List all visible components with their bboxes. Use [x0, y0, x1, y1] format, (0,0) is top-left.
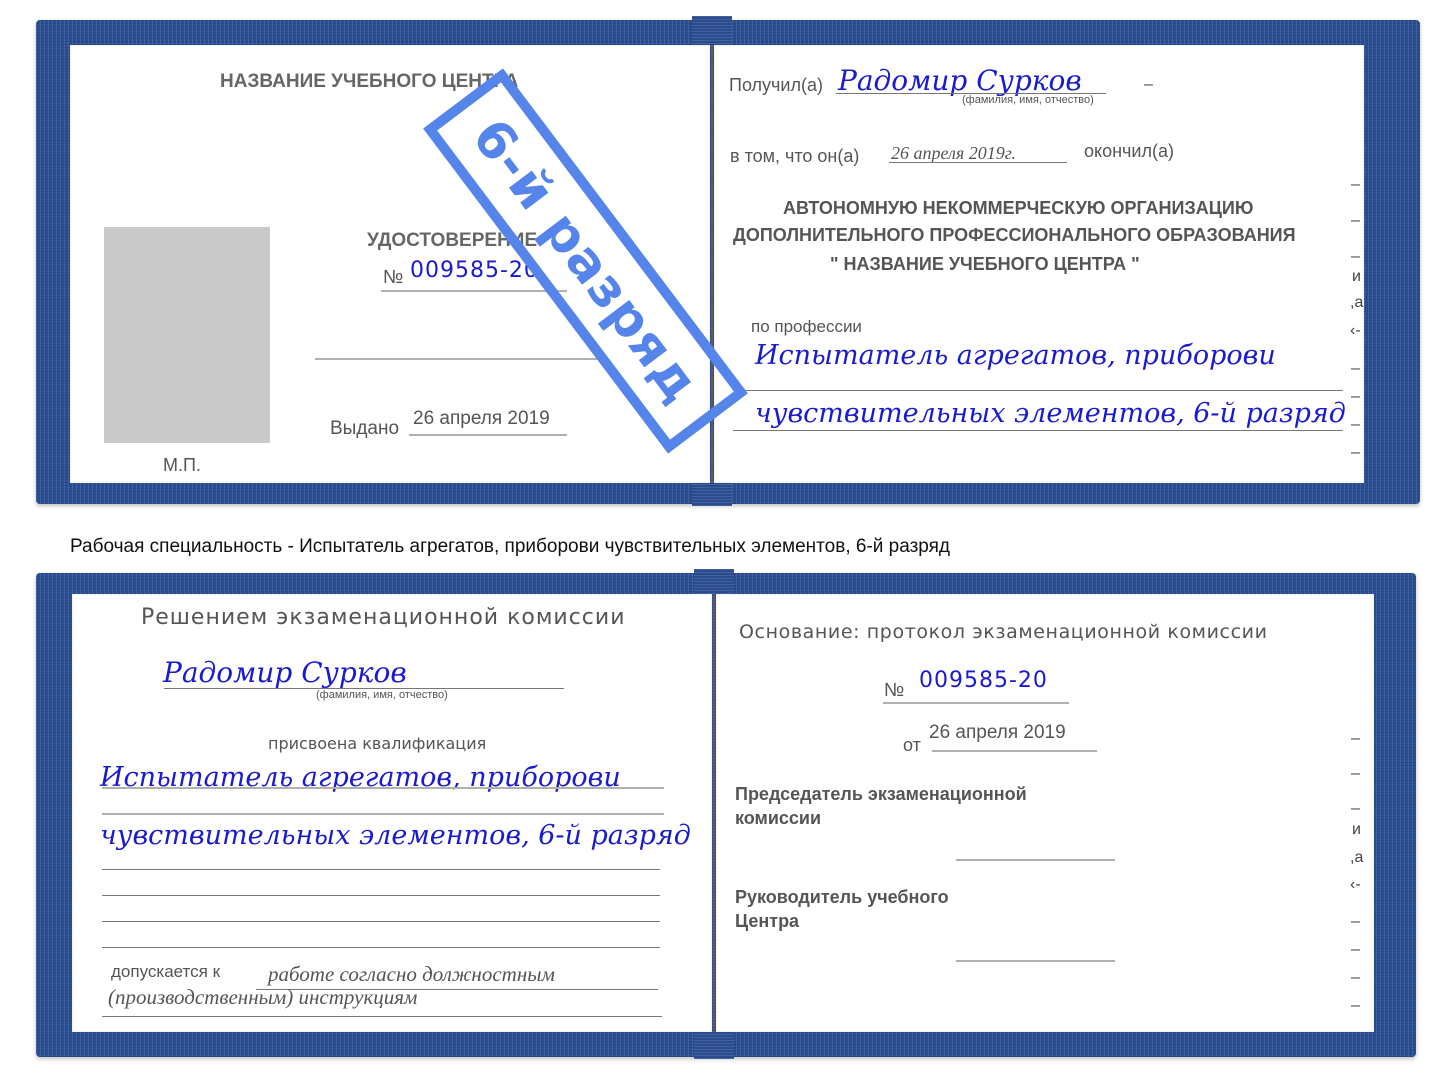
- protocol-number: 009585-20: [919, 668, 1048, 693]
- head-signature-line: [956, 960, 1115, 962]
- certificate-number: 009585-20: [410, 258, 539, 283]
- seal-label: М.П.: [163, 455, 201, 476]
- blank-line-4: [102, 947, 660, 948]
- completion-date: 26 апреля 2019г.: [891, 143, 1016, 164]
- person-name-hint: (фамилия, имя, отчество): [316, 689, 448, 701]
- from-label: от: [903, 735, 921, 756]
- name-dash: –: [1144, 76, 1153, 94]
- admitted-line-1: работе согласно должностным: [268, 962, 555, 987]
- person-name: Радомир Сурков: [163, 656, 407, 689]
- profession-underline-1: [733, 390, 1343, 391]
- protocol-number-prefix: №: [884, 680, 904, 702]
- issued-label: Выдано: [330, 418, 399, 440]
- commission-heading: Решением экзаменационной комиссии: [141, 605, 626, 630]
- org-line-2: ДОПОЛНИТЕЛЬНОГО ПРОФЕССИОНАЛЬНОГО ОБРАЗО…: [733, 225, 1296, 246]
- qualification-label: присвоена квалификация: [268, 734, 486, 753]
- blank-line-3: [102, 921, 660, 922]
- issued-date: 26 апреля 2019: [413, 408, 550, 430]
- signature-line: [315, 358, 607, 360]
- profession-label: по профессии: [751, 317, 862, 337]
- protocol-date-underline: [932, 750, 1097, 752]
- head-line-1: Руководитель учебного: [735, 887, 949, 908]
- profession-line-1: Испытатель агрегатов, приборови: [755, 340, 1276, 371]
- recipient-name-hint: (фамилия, имя, отчество): [962, 94, 1094, 106]
- photo-placeholder: [104, 227, 270, 443]
- admitted-line-2: (производственным) инструкциям: [108, 985, 417, 1010]
- qualification-underline-2: [102, 813, 664, 815]
- qualification-line-2: чувствительных элементов, 6-й разряд: [100, 820, 691, 851]
- org-line-1: АВТОНОМНУЮ НЕКОММЕРЧЕСКУЮ ОРГАНИЗАЦИЮ: [783, 198, 1253, 219]
- admitted-label: допускается к: [111, 962, 220, 982]
- number-underline: [381, 290, 567, 292]
- completion-date-underline: [889, 162, 1067, 163]
- profession-line-2: чувствительных элементов, 6-й разряд: [755, 398, 1346, 429]
- chairman-signature-line: [956, 859, 1115, 861]
- bottom-page-fold: [713, 594, 715, 1032]
- profession-underline-2: [733, 430, 1343, 431]
- received-label: Получил(а): [729, 75, 823, 96]
- that-label: в том, что он(а): [730, 146, 859, 167]
- blank-line-1: [102, 869, 660, 870]
- basis-label: Основание: протокол экзаменационной коми…: [739, 621, 1268, 643]
- qualification-underline-1: [102, 787, 664, 789]
- number-prefix: №: [383, 267, 403, 289]
- specialty-caption: Рабочая специальность - Испытатель агрег…: [70, 533, 1080, 561]
- protocol-date: 26 апреля 2019: [929, 722, 1066, 744]
- issued-date-underline: [409, 434, 567, 436]
- chairman-line-2: комиссии: [735, 808, 821, 829]
- blank-line-2: [102, 895, 660, 896]
- org-line-3: " НАЗВАНИЕ УЧЕБНОГО ЦЕНТРА ": [830, 254, 1140, 275]
- protocol-number-underline: [883, 702, 1069, 704]
- admitted-underline-2: [102, 1016, 662, 1017]
- completed-label: окончил(а): [1084, 141, 1174, 162]
- chairman-line-1: Председатель экзаменационной: [735, 784, 1027, 805]
- head-line-2: Центра: [735, 911, 799, 932]
